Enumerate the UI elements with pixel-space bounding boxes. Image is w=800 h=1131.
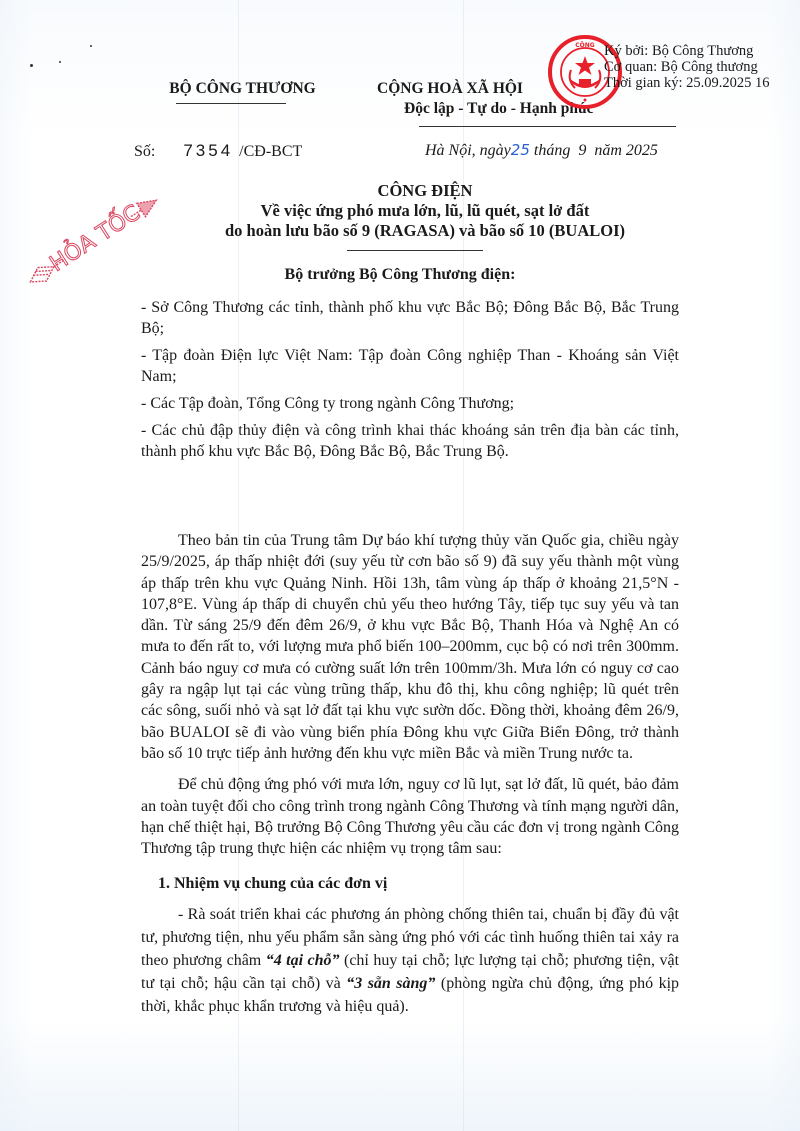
digital-signature-info: Ký bởi: Bộ Công Thương Cơ quan: Bộ Công … bbox=[604, 43, 770, 91]
recipient-item: - Tập đoàn Điện lực Việt Nam: Tập đoàn C… bbox=[141, 345, 679, 387]
signing-time: Thời gian ký: 25.09.2025 16 bbox=[604, 75, 770, 91]
national-title: CỘNG HOÀ XÃ HỘI bbox=[377, 80, 523, 98]
date-prefix: Hà Nội, ngày bbox=[425, 142, 511, 159]
document-title: CÔNG ĐIỆN Về việc ứng phó mưa lớn, lũ, l… bbox=[150, 181, 700, 241]
svg-text:CÔNG: CÔNG bbox=[575, 42, 595, 49]
section-body: - Rà soát triển khai các phương án phòng… bbox=[141, 903, 679, 1018]
body-paragraph: Để chủ động ứng phó với mưa lớn, nguy cơ… bbox=[141, 774, 679, 859]
addressee-line: Bộ trưởng Bộ Công Thương điện: bbox=[120, 266, 680, 284]
recipient-item: - Các Tập đoàn, Tổng Công ty trong ngành… bbox=[141, 393, 679, 414]
signing-agency: Cơ quan: Bộ Công thương bbox=[604, 59, 770, 75]
recipient-item: - Sở Công Thương các tỉnh, thành phố khu… bbox=[141, 297, 679, 339]
emphasis-4-on-site: “4 tại chỗ” bbox=[266, 952, 340, 969]
subject-line-2: do hoàn lưu bão số 9 (RAGASA) và bão số … bbox=[150, 221, 700, 241]
doc-number-label: Số: bbox=[134, 143, 155, 160]
task-paragraph: - Rà soát triển khai các phương án phòng… bbox=[141, 903, 679, 1018]
doc-number-value: 7354 bbox=[183, 141, 233, 160]
section-heading: 1. Nhiệm vụ chung của các đơn vị bbox=[158, 875, 387, 893]
signed-by: Ký bởi: Bộ Công Thương bbox=[604, 43, 770, 59]
document-type: CÔNG ĐIỆN bbox=[150, 181, 700, 201]
subject-line-1: Về việc ứng phó mưa lớn, lũ, lũ quét, sạ… bbox=[150, 201, 700, 221]
doc-number-suffix: /CĐ-BCT bbox=[239, 143, 302, 160]
emphasis-3-ready: “3 sẵn sàng” bbox=[346, 975, 435, 992]
recipient-list: - Sở Công Thương các tỉnh, thành phố khu… bbox=[141, 297, 679, 468]
ministry-underline bbox=[176, 103, 286, 104]
date-day-handwritten: 25 bbox=[511, 141, 530, 159]
recipient-item: - Các chủ đập thủy điện và công trình kh… bbox=[141, 420, 679, 462]
title-underline bbox=[347, 250, 483, 251]
date-suffix: tháng 9 năm 2025 bbox=[534, 142, 658, 159]
body-paragraph: Theo bản tin của Trung tâm Dự báo khí tư… bbox=[141, 530, 679, 764]
document-number: Số:7354/CĐ-BCT bbox=[134, 141, 302, 161]
issuing-ministry: BỘ CÔNG THƯƠNG bbox=[150, 80, 335, 98]
motto-underline bbox=[419, 126, 676, 127]
document-body: Theo bản tin của Trung tâm Dự báo khí tư… bbox=[141, 530, 679, 869]
issue-date: Hà Nội, ngày25 tháng 9 năm 2025 bbox=[425, 141, 658, 160]
